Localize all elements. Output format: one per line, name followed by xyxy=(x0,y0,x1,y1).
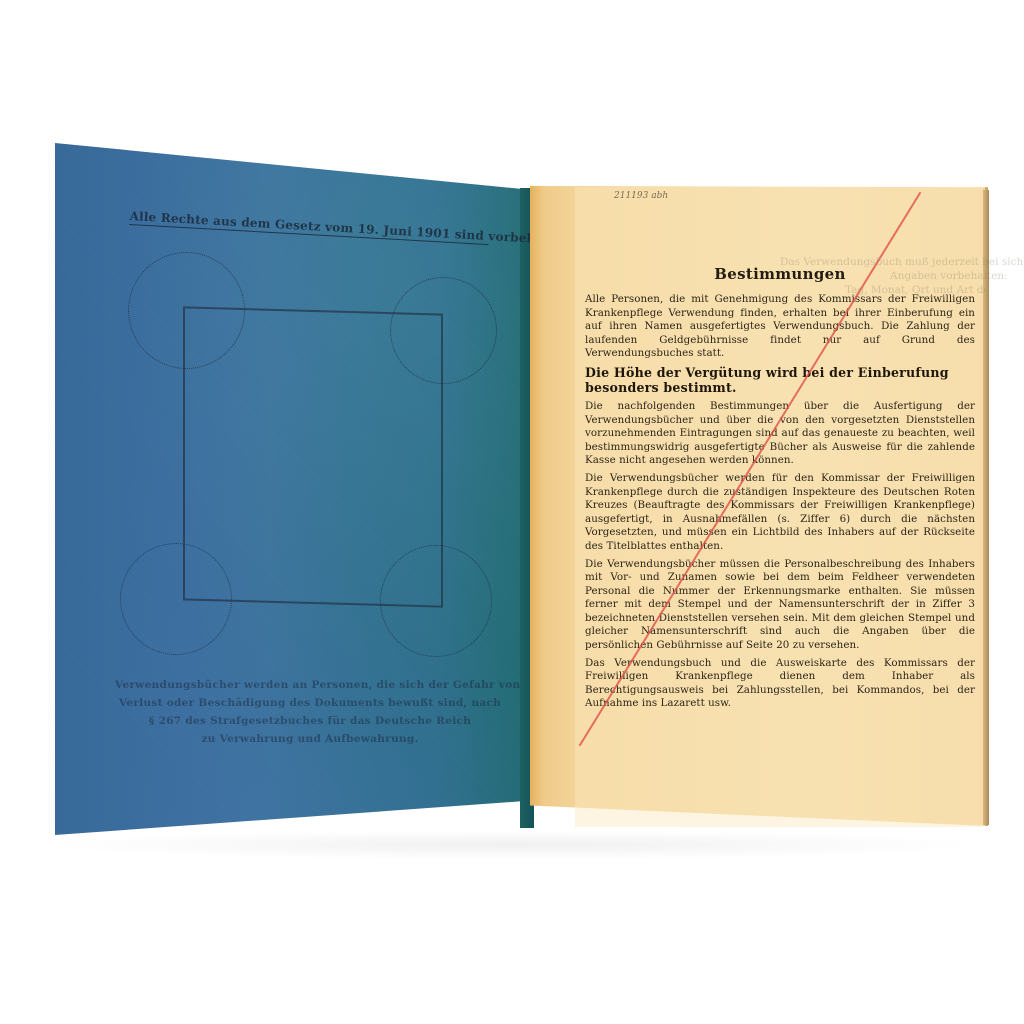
regulations-text: Bestimmungen Alle Personen, die mit Gene… xyxy=(585,265,975,715)
page-heading: Bestimmungen xyxy=(585,265,975,283)
paragraph: Die nachfolgenden Bestimmungen über die … xyxy=(585,400,975,468)
cover-footer-note: Verwendungsbücher werden an Personen, di… xyxy=(115,676,505,748)
paragraph: Das Verwendungsbuch und die Ausweiskarte… xyxy=(585,657,975,711)
paragraph: Die Verwendungsbücher müssen die Persona… xyxy=(585,558,975,653)
paragraph: Die Verwendungsbücher werden für den Kom… xyxy=(585,472,975,554)
table-shadow xyxy=(40,830,990,860)
footer-line: zu Verwahrung und Aufbewahrung. xyxy=(115,730,505,748)
paragraph: Alle Personen, die mit Genehmigung des K… xyxy=(585,293,975,361)
footer-line: Verwendungsbücher werden an Personen, di… xyxy=(115,676,505,694)
bold-statement: Die Höhe der Vergütung wird bei der Einb… xyxy=(585,365,975,395)
photo-placeholder-frame xyxy=(183,306,443,607)
footer-line: § 267 des Strafgesetzbuches für das Deut… xyxy=(115,712,505,730)
handwritten-note: 211193 abh xyxy=(614,191,668,201)
footer-line: Verlust oder Beschädigung des Dokuments … xyxy=(115,694,505,712)
